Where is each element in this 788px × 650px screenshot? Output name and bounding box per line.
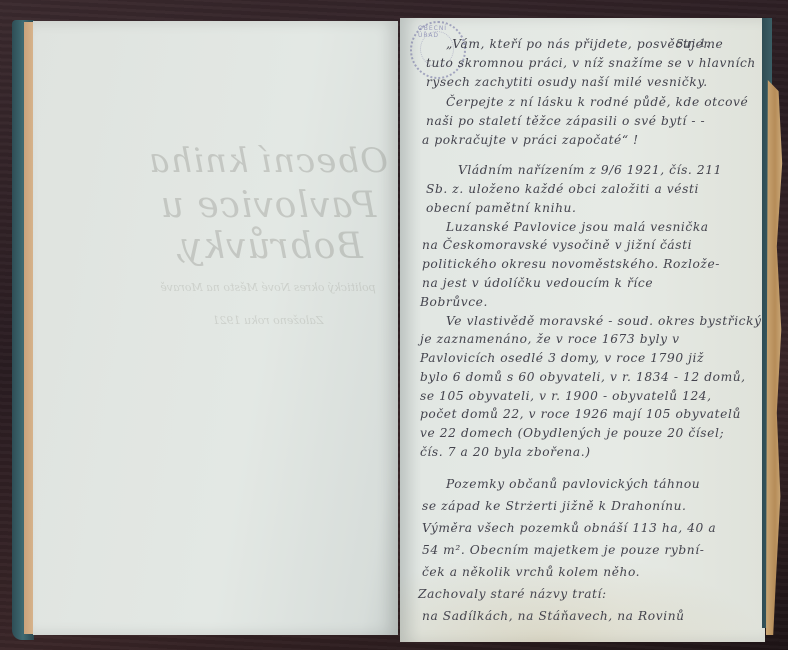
open-chronicle-book: Obecní kniha Pavlovice u Bobrůvky, polit… <box>0 0 788 650</box>
handwritten-line: čís. 7 a 20 byla zbořena.) <box>420 446 770 458</box>
handwritten-line: Pavlovicích osedlé 3 domy, v roce 1790 j… <box>420 352 770 364</box>
bleed-title-line-3: politický okres Nové Město na Moravě <box>133 281 403 294</box>
handwritten-line: ve 22 domech (Obydlených je pouze 20 čís… <box>420 427 770 439</box>
handwritten-line: 54 m². Obecním majetkem je pouze rybní- <box>422 544 772 556</box>
handwritten-line: rysech zachytiti osudy naší milé vesničk… <box>426 76 776 88</box>
handwritten-line: je zaznamenáno, že v roce 1673 byly v <box>420 333 770 345</box>
handwritten-line: „Vám, kteří po nás přijdete, posvěcujeme <box>446 38 788 50</box>
bleed-title-line-4: Založeno roku 1921 <box>133 314 403 327</box>
handwritten-line: Výměra všech pozemků obnáší 113 ha, 40 a <box>422 522 772 534</box>
bleed-title-line-1: Obecní kniha <box>133 141 403 181</box>
handwritten-line: se 105 obyvateli, v r. 1900 - obyvatelů … <box>420 390 770 402</box>
handwritten-line: tuto skromnou práci, v níž snažíme se v … <box>426 57 776 69</box>
handwritten-line: Čerpejte z ní lásku k rodné půdě, kde ot… <box>446 96 788 108</box>
bleed-title-line-2: Pavlovice u Bobrůvky, <box>133 185 403 267</box>
handwritten-line: Pozemky občanů pavlovických táhnou <box>446 478 788 490</box>
bleed-through-title: Obecní kniha Pavlovice u Bobrůvky, polit… <box>133 141 403 327</box>
handwritten-line: ček a několik vrchů kolem něho. <box>422 566 772 578</box>
handwritten-line: Bobrůvce. <box>420 296 770 308</box>
handwritten-line: na jest v údolíčku vedoucím k říce <box>422 277 772 289</box>
left-page: Obecní kniha Pavlovice u Bobrůvky, polit… <box>33 21 398 635</box>
handwritten-line: Zachovaly staré názvy tratí: <box>418 588 768 600</box>
handwritten-line: se západ ke Strżerti jižně k Drahonínu. <box>422 500 772 512</box>
handwritten-line: naši po staletí těžce zápasili o své byt… <box>426 115 776 127</box>
handwritten-line: Vládním nařízením z 9/6 1921, čís. 211 <box>458 164 788 176</box>
handwritten-line: bylo 6 domů s 60 obyvateli, v r. 1834 - … <box>420 371 770 383</box>
handwritten-line: počet domů 22, v roce 1926 mají 105 obyv… <box>420 408 770 420</box>
handwritten-line: Luzanské Pavlovice jsou malá vesnička <box>446 221 788 233</box>
handwritten-line: Sb. z. uloženo každé obci založiti a vés… <box>426 183 776 195</box>
handwritten-line: na Českomoravské vysočině v jižní části <box>422 239 772 251</box>
handwritten-line: na Sadílkách, na Stáňavech, na Rovinů <box>422 610 772 622</box>
handwritten-line: politického okresu novoměstského. Rozlož… <box>422 258 772 270</box>
handwritten-line: Ve vlastivědě moravské - soud. okres bys… <box>446 315 788 327</box>
handwritten-line: a pokračujte v práci započaté“ ! <box>422 134 772 146</box>
handwritten-line: obecní pamětní knihu. <box>426 202 776 214</box>
